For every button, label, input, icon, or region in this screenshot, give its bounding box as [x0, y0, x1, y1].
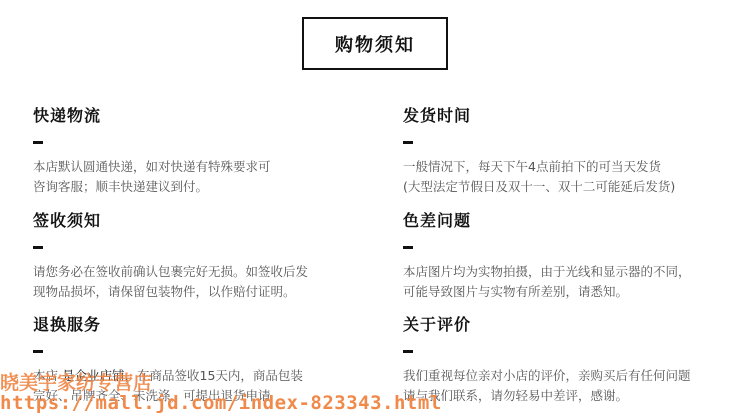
section-heading: 发货时间 [403, 105, 743, 127]
section-delivery-time: 发货时间 一般情况下，每天下午4点前拍下的可当天发货 (大型法定节假日及双十一、… [403, 105, 743, 197]
body-line: 请您务必在签收前确认包裹完好无损。如签收后发 [33, 262, 373, 282]
section-body: 一般情况下，每天下午4点前拍下的可当天发货 (大型法定节假日及双十一、双十二可能… [403, 157, 743, 197]
section-body: 本店图片均为实物拍摄，由于光线和显示器的不同， 可能导致图片与实物有所差别，请悉… [403, 262, 743, 302]
watermark-url: https://mall.jd.com/index-823343.html [0, 392, 442, 414]
section-heading: 签收须知 [33, 210, 373, 232]
heading-divider [403, 350, 413, 353]
section-shipping: 快递物流 本店默认圆通快递，如对快递有特殊要求可 咨询客服；顺丰快递建议到付。 [33, 105, 373, 197]
body-line: 我们重视每位亲对小店的评价，亲购买后有任何问题 [403, 366, 743, 386]
body-line: 一般情况下，每天下午4点前拍下的可当天发货 [403, 157, 743, 177]
body-line: 请与我们联系，请勿轻易中差评，感谢。 [403, 386, 743, 406]
heading-divider [403, 246, 413, 249]
section-body: 我们重视每位亲对小店的评价，亲购买后有任何问题 请与我们联系，请勿轻易中差评，感… [403, 366, 743, 406]
body-line: 可能导致图片与实物有所差别，请悉知。 [403, 282, 743, 302]
section-color-difference: 色差问题 本店图片均为实物拍摄，由于光线和显示器的不同， 可能导致图片与实物有所… [403, 210, 743, 302]
body-line: 咨询客服；顺丰快递建议到付。 [33, 177, 373, 197]
body-line: (大型法定节假日及双十一、双十二可能延后发货) [403, 177, 743, 197]
body-line: 本店图片均为实物拍摄，由于光线和显示器的不同， [403, 262, 743, 282]
section-receipt: 签收须知 请您务必在签收前确认包裹完好无损。如签收后发 现物品损坏，请保留包装物… [33, 210, 373, 302]
heading-divider [33, 246, 43, 249]
body-line: 现物品损坏，请保留包装物件，以作赔付证明。 [33, 282, 373, 302]
heading-divider [33, 141, 43, 144]
watermark-shop-name: 晓美宇家纺专营店 [0, 372, 152, 394]
section-heading: 色差问题 [403, 210, 743, 232]
heading-divider [403, 141, 413, 144]
page-title: 购物须知 [335, 31, 415, 57]
section-heading: 关于评价 [403, 314, 743, 336]
section-heading: 快递物流 [33, 105, 373, 127]
body-line: 本店默认圆通快递，如对快递有特殊要求可 [33, 157, 373, 177]
section-reviews: 关于评价 我们重视每位亲对小店的评价，亲购买后有任何问题 请与我们联系，请勿轻易… [403, 314, 743, 406]
section-body: 请您务必在签收前确认包裹完好无损。如签收后发 现物品损坏，请保留包装物件，以作赔… [33, 262, 373, 302]
heading-divider [33, 350, 43, 353]
section-body: 本店默认圆通快递，如对快递有特殊要求可 咨询客服；顺丰快递建议到付。 [33, 157, 373, 197]
page-title-box: 购物须知 [302, 17, 448, 70]
section-heading: 退换服务 [33, 314, 373, 336]
